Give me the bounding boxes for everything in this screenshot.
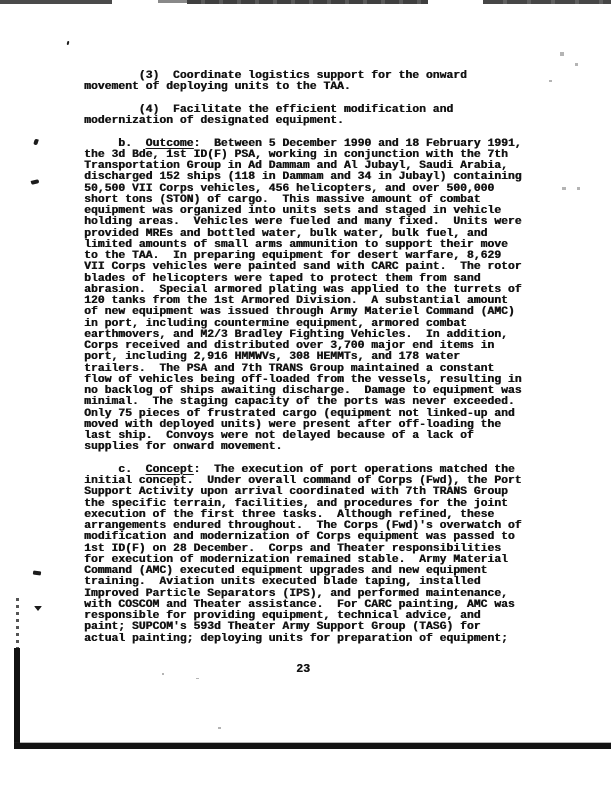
- document-line: modernization of designated equipment.: [84, 116, 522, 127]
- scan-speck: [562, 187, 566, 190]
- scanned-page: (3) Coordinate logistics support for the…: [0, 0, 611, 792]
- scan-artifact-top-band: [0, 0, 112, 4]
- scan-artifact-left-bar: [14, 648, 20, 748]
- document-line: actual painting; deploying units for pre…: [84, 634, 522, 645]
- ink-mark: [33, 570, 41, 575]
- page-number: 23: [84, 663, 522, 676]
- scan-speck: [218, 727, 221, 729]
- document-text: (3) Coordinate logistics support for the…: [84, 71, 522, 645]
- ink-mark: [31, 179, 40, 185]
- ink-mark: [34, 606, 42, 611]
- ink-mark: [33, 139, 39, 146]
- scan-speck: [577, 187, 580, 190]
- scan-artifact-bottom-bar: [14, 743, 611, 749]
- scan-speck: [575, 63, 578, 66]
- scan-speck: [549, 80, 552, 82]
- scan-artifact-top-band: [158, 0, 188, 3]
- scan-artifact-top-band: [187, 0, 428, 4]
- scan-artifact-left-speckle: [16, 598, 19, 650]
- scan-speck: [196, 678, 199, 679]
- scan-speck: [560, 52, 564, 56]
- document-line: supplies for onward movement.: [84, 442, 522, 453]
- scan-artifact-top-band: [483, 0, 611, 4]
- document-line: movement of deploying units to the TAA.: [84, 82, 522, 93]
- ink-mark: [67, 41, 70, 45]
